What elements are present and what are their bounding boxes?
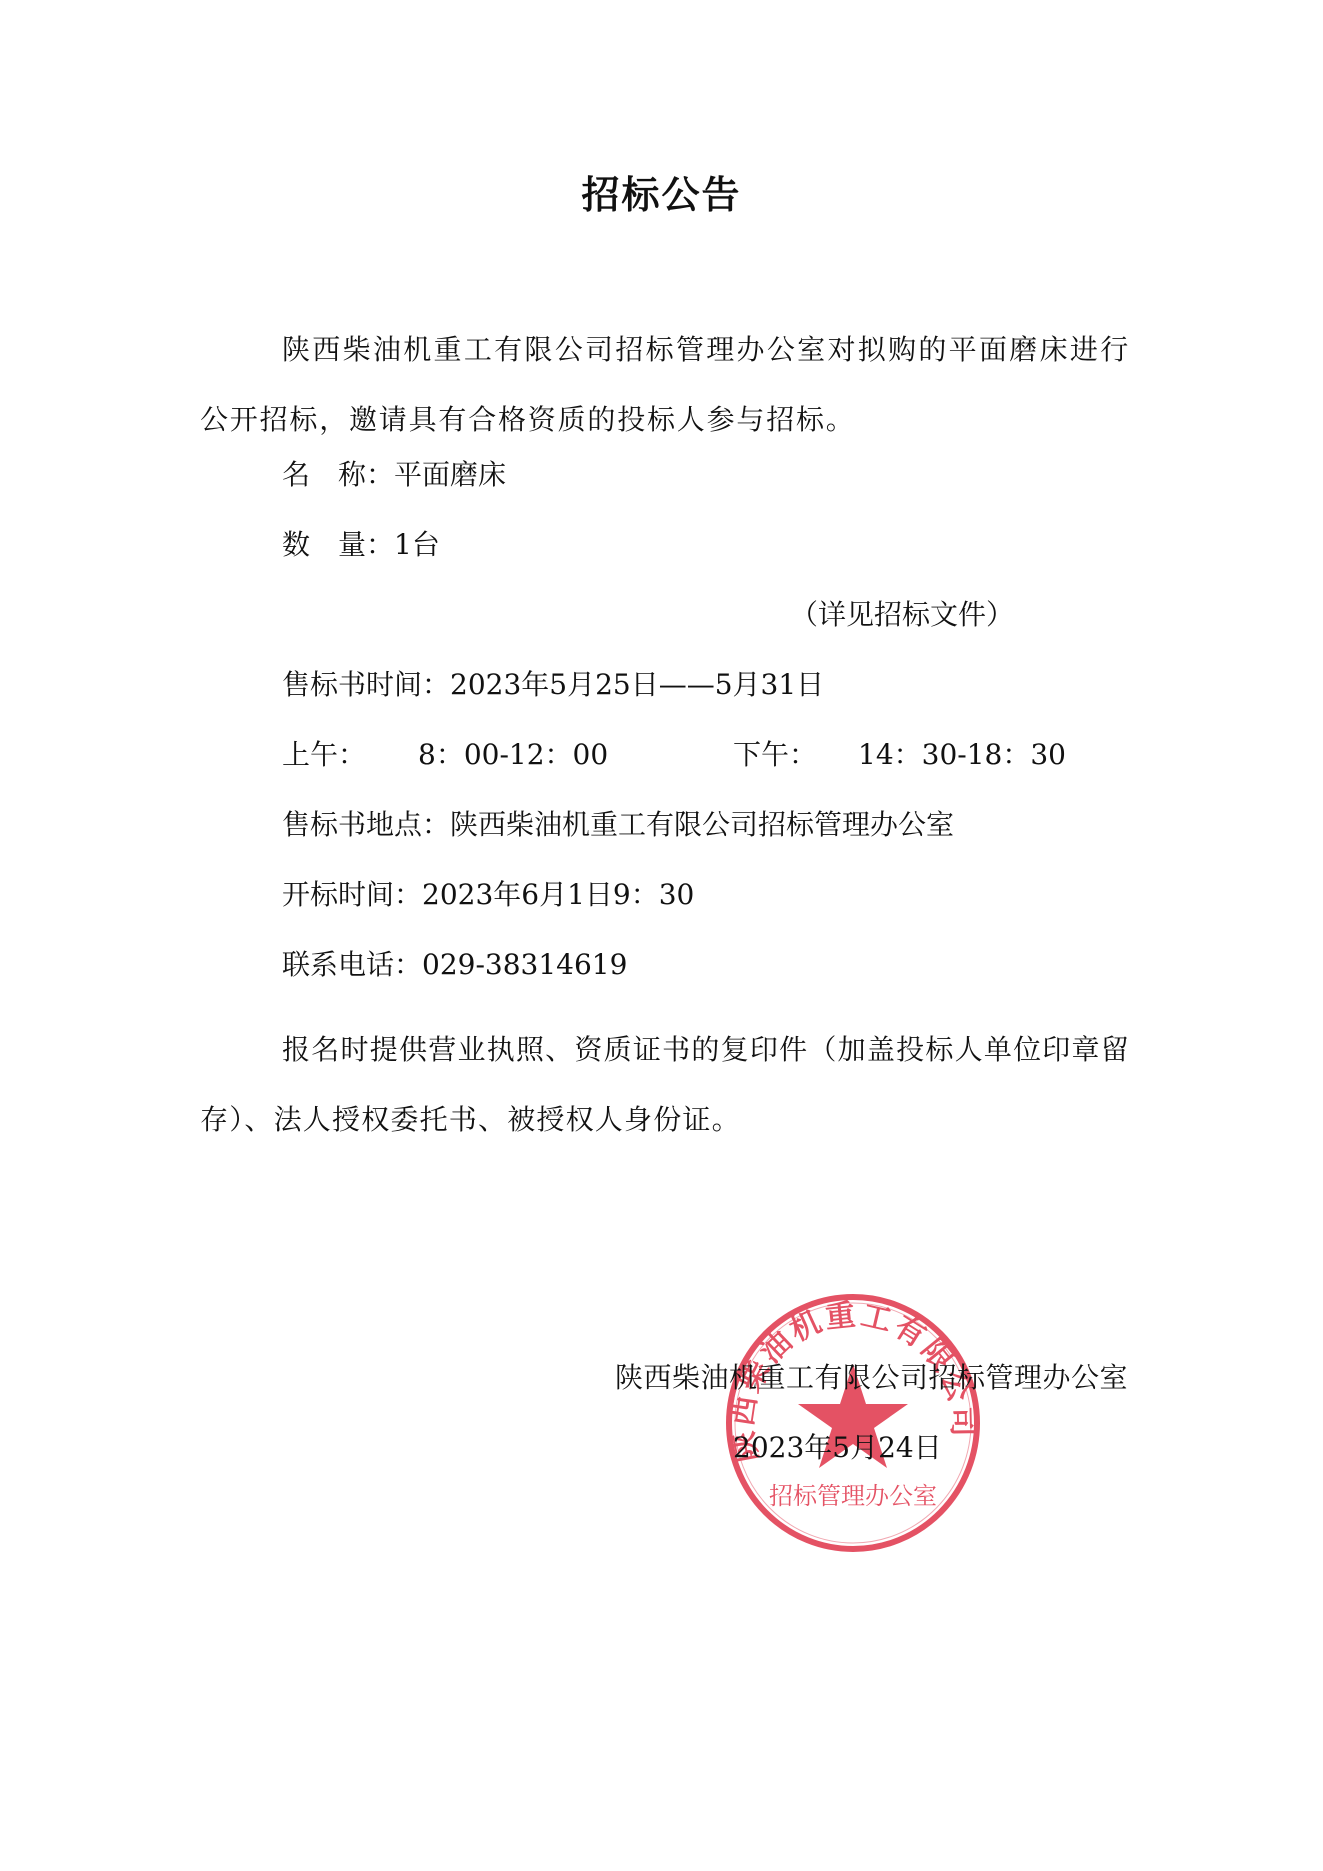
item-name-row: 名称：平面磨床	[282, 455, 506, 495]
contact-phone-row: 联系电话：029-38314619	[282, 945, 627, 985]
afternoon-hours: 14：30-18：30	[858, 735, 1066, 775]
sale-location-value: 陕西柴油机重工有限公司招标管理办公室	[450, 808, 954, 841]
intro-paragraph: 陕西柴油机重工有限公司招标管理办公室对拟购的平面磨床进行公开招标，邀请具有合格资…	[200, 315, 1130, 455]
sale-location-row: 售标书地点：陕西柴油机重工有限公司招标管理办公室	[282, 805, 954, 845]
morning-hours: 8：00-12：00	[418, 735, 608, 775]
morning-label: 上午：	[282, 735, 366, 775]
sale-time-value: 2023年5月25日——5月31日	[450, 668, 824, 701]
quantity-row: 数量：1台	[282, 525, 440, 565]
item-name-label-1: 名	[282, 458, 310, 491]
bid-opening-row: 开标时间：2023年6月1日9：30	[282, 875, 694, 915]
issue-date: 2023年5月24日	[733, 1428, 942, 1468]
see-tender-docs-note: （详见招标文件）	[790, 595, 1014, 635]
contact-phone-value: 029-38314619	[422, 948, 627, 981]
sale-time-label: 售标书时间：	[282, 668, 450, 701]
sale-location-label: 售标书地点：	[282, 808, 450, 841]
official-seal-icon: 陕西柴油机重工有限公司 招标管理办公室	[722, 1292, 984, 1554]
document-title: 招标公告	[0, 170, 1323, 220]
item-name-value: 平面磨床	[394, 458, 506, 491]
quantity-label-2: 量：	[338, 528, 394, 561]
contact-phone-label: 联系电话：	[282, 948, 422, 981]
bid-opening-label: 开标时间：	[282, 878, 422, 911]
quantity-label-1: 数	[282, 528, 310, 561]
afternoon-label: 下午：	[733, 735, 817, 775]
issuer-signature: 陕西柴油机重工有限公司招标管理办公室	[615, 1358, 1128, 1398]
quantity-value: 1台	[394, 528, 440, 561]
registration-requirements: 报名时提供营业执照、资质证书的复印件（加盖投标人单位印章留存）、法人授权委托书、…	[200, 1015, 1130, 1155]
bid-opening-value: 2023年6月1日9：30	[422, 878, 694, 911]
sale-time-row: 售标书时间：2023年5月25日——5月31日	[282, 665, 824, 705]
item-name-label-2: 称：	[338, 458, 394, 491]
seal-inner-text: 招标管理办公室	[769, 1482, 937, 1510]
document-page: 招标公告 陕西柴油机重工有限公司招标管理办公室对拟购的平面磨床进行公开招标，邀请…	[0, 0, 1323, 1871]
